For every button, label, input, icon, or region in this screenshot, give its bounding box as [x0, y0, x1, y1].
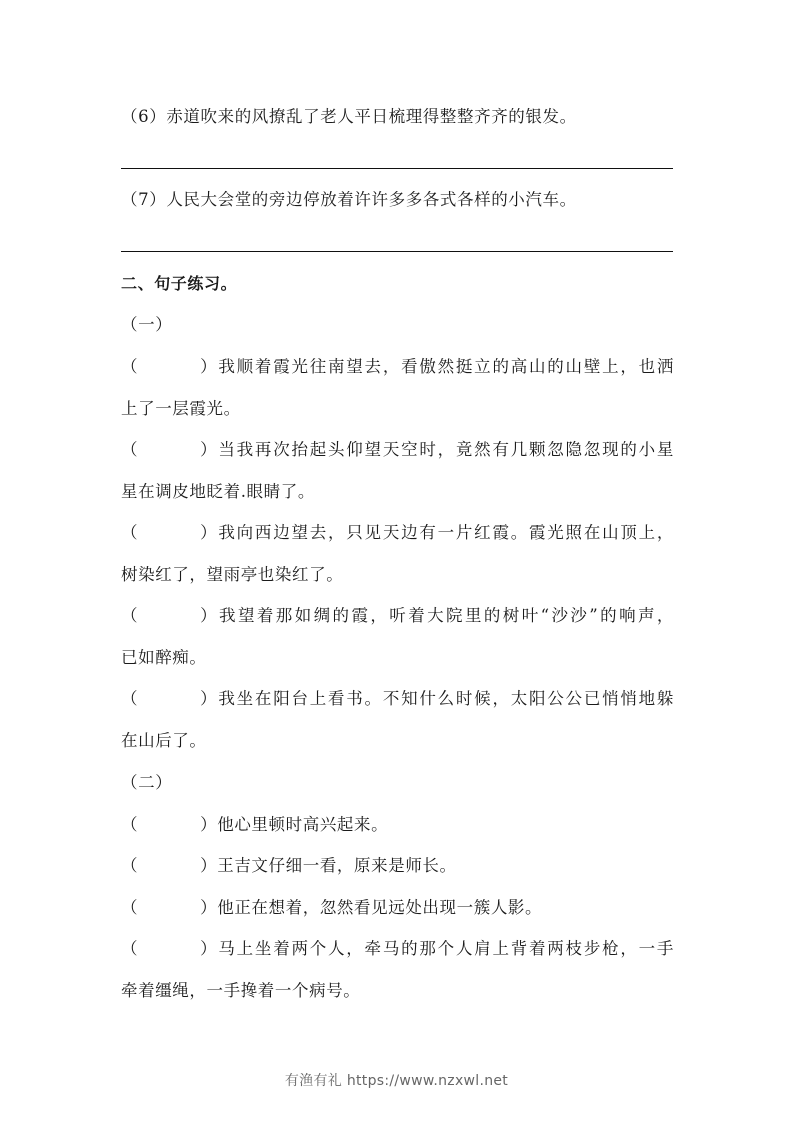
g2-item4-line2: 牵着缰绳，一手搀着一个病号。: [121, 981, 674, 1001]
blank-open: （: [121, 523, 138, 543]
sentence-text: 我坐在阳台上看书。不知什么时候，太阳公公已悄悄地躲: [217, 689, 674, 708]
g2-item1: （）他心里顿时高兴起来。: [121, 815, 674, 835]
g1-item5-line2: 在山后了。: [121, 731, 674, 751]
blank-open: （: [121, 440, 138, 460]
sentence-text: 我顺着霞光往南望去，看傲然挺立的高山的山壁上，也洒: [217, 357, 674, 376]
footer-watermark: 有渔有礼 https://www.nzxwl.net: [0, 1070, 793, 1090]
blank-open: （: [121, 856, 138, 876]
blank-open: （: [121, 606, 138, 626]
sentence-text: 当我再次抬起头仰望天空时，竟然有几颗忽隐忽现的小星: [217, 440, 674, 459]
sentence-text: 他正在想着，忽然看见远处出现一簇人影。: [217, 898, 542, 917]
item-7: （7）人民大会堂的旁边停放着许许多多各式各样的小汽车。: [121, 190, 674, 210]
group2-label: （二）: [121, 773, 674, 793]
blank-close: ）: [200, 939, 217, 959]
blank-close: ）: [200, 606, 217, 626]
document-page: （6）赤道吹来的风撩乱了老人平日梳理得整整齐齐的银发。 （7）人民大会堂的旁边停…: [0, 0, 793, 1122]
item-6-label: （6）: [121, 107, 166, 126]
g1-item4-line2: 已如醉痴。: [121, 648, 674, 668]
blank-open: （: [121, 689, 138, 709]
blank-open: （: [121, 357, 138, 377]
blank-close: ）: [200, 440, 217, 460]
g1-item4-line1: （）我望着那如绸的霞，听着大院里的树叶“沙沙”的响声，: [121, 606, 674, 626]
blank-close: ）: [200, 815, 217, 835]
item-6-text: 赤道吹来的风撩乱了老人平日梳理得整整齐齐的银发。: [166, 107, 576, 126]
g1-item2-line1: （）当我再次抬起头仰望天空时，竟然有几颗忽隐忽现的小星: [121, 440, 674, 460]
section-heading: 二、句子练习。: [121, 274, 674, 294]
blank-open: （: [121, 815, 138, 835]
item-7-text: 人民大会堂的旁边停放着许许多多各式各样的小汽车。: [166, 190, 576, 209]
g1-item3-line2: 树染红了，望雨亭也染红了。: [121, 565, 674, 585]
item-6: （6）赤道吹来的风撩乱了老人平日梳理得整整齐齐的银发。: [121, 107, 674, 127]
g1-item1-line1: （）我顺着霞光往南望去，看傲然挺立的高山的山壁上，也洒: [121, 357, 674, 377]
sentence-text: 他心里顿时高兴起来。: [217, 815, 388, 834]
group1-label: （一）: [121, 315, 674, 335]
answer-line-6: [121, 168, 673, 169]
blank-close: ）: [200, 898, 217, 918]
g1-item3-line1: （）我向西边望去，只见天边有一片红霞。霞光照在山顶上，: [121, 523, 674, 543]
sentence-text: 马上坐着两个人，牵马的那个人肩上背着两枝步枪，一手: [217, 939, 674, 958]
blank-close: ）: [200, 856, 217, 876]
g1-item5-line1: （）我坐在阳台上看书。不知什么时候，太阳公公已悄悄地躲: [121, 689, 674, 709]
blank-open: （: [121, 939, 138, 959]
blank-open: （: [121, 898, 138, 918]
blank-close: ）: [200, 357, 217, 377]
sentence-text: 我望着那如绸的霞，听着大院里的树叶“沙沙”的响声，: [217, 606, 674, 625]
g1-item2-line2: 星在调皮地眨着.眼睛了。: [121, 482, 674, 502]
g2-item4-line1: （）马上坐着两个人，牵马的那个人肩上背着两枝步枪，一手: [121, 939, 674, 959]
answer-line-7: [121, 251, 673, 252]
item-7-label: （7）: [121, 190, 166, 209]
blank-close: ）: [200, 689, 217, 709]
g1-item1-line2: 上了一层霞光。: [121, 399, 674, 419]
g2-item2: （）王吉文仔细一看，原来是师长。: [121, 856, 674, 876]
g2-item3: （）他正在想着，忽然看见远处出现一簇人影。: [121, 898, 674, 918]
sentence-text: 王吉文仔细一看，原来是师长。: [217, 856, 456, 875]
blank-close: ）: [200, 523, 217, 543]
sentence-text: 我向西边望去，只见天边有一片红霞。霞光照在山顶上，: [217, 523, 674, 542]
